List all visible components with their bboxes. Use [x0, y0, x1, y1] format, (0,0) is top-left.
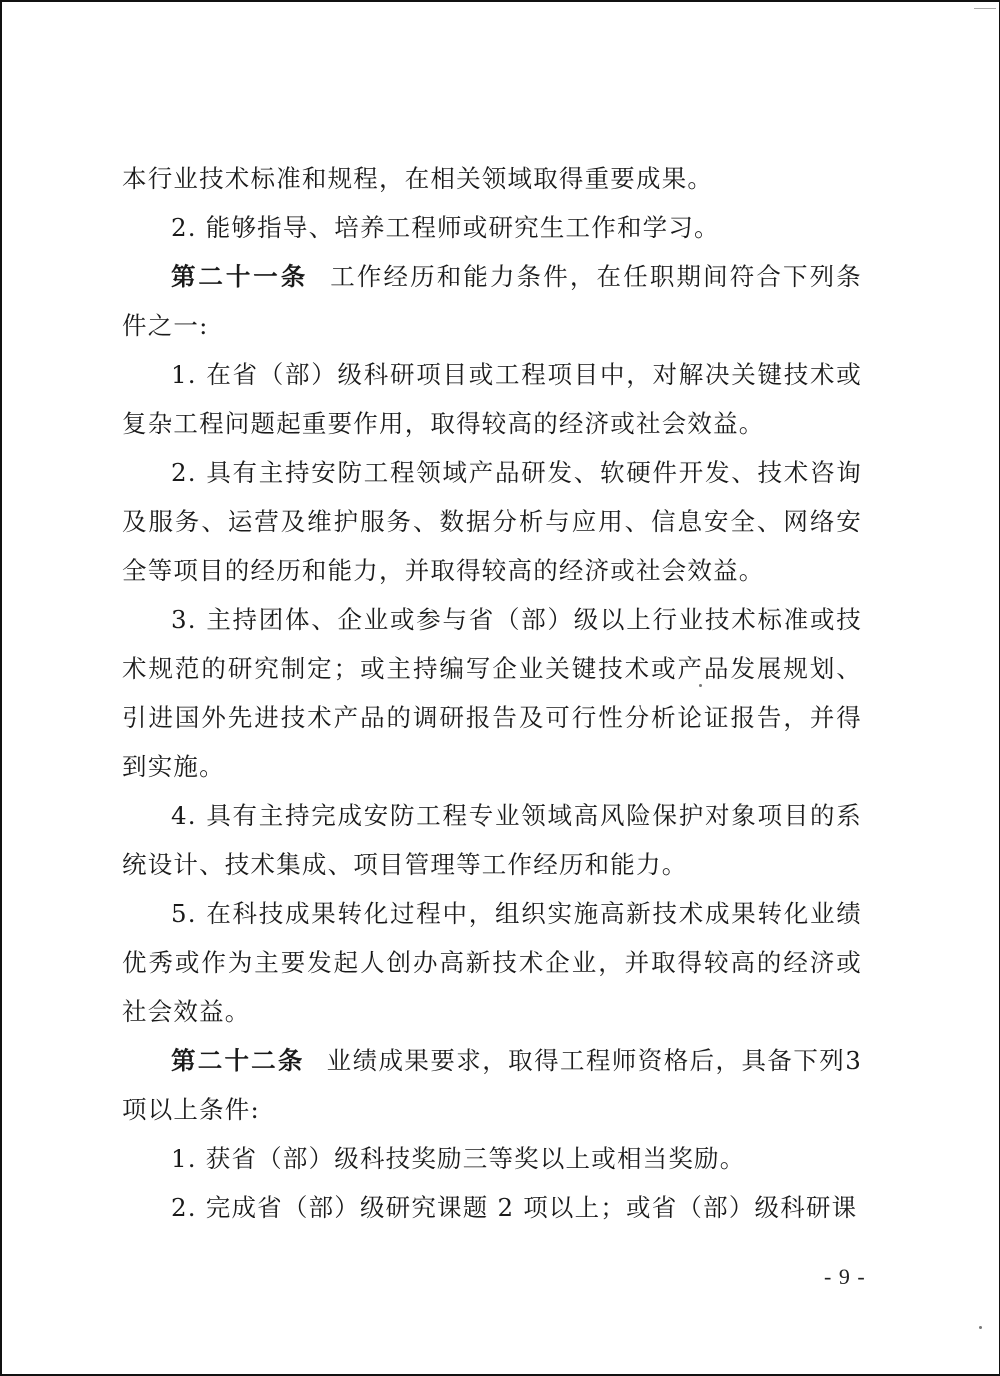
- paragraph-item: 5. 在科技成果转化过程中，组织实施高新技术成果转化业绩优秀或作为主要发起人创办…: [122, 889, 862, 1036]
- paragraph-text: 4. 具有主持完成安防工程专业领域高风险保护对象项目的系统设计、技术集成、项目管…: [122, 801, 862, 879]
- document-body: 本行业技术标准和规程，在相关领域取得重要成果。 2. 能够指导、培养工程师或研究…: [122, 154, 862, 1232]
- paragraph-continuation: 本行业技术标准和规程，在相关领域取得重要成果。: [122, 154, 862, 203]
- document-page: 本行业技术标准和规程，在相关领域取得重要成果。 2. 能够指导、培养工程师或研究…: [0, 0, 1000, 1376]
- article-heading: 第二十二条: [171, 1046, 305, 1075]
- scan-speck: [979, 1326, 982, 1329]
- paragraph-text: 5. 在科技成果转化过程中，组织实施高新技术成果转化业绩优秀或作为主要发起人创办…: [122, 899, 862, 1026]
- paragraph-text: 2. 能够指导、培养工程师或研究生工作和学习。: [171, 213, 720, 242]
- scan-speck: [699, 684, 702, 687]
- paragraph-item: 1. 在省（部）级科研项目或工程项目中，对解决关键技术或复杂工程问题起重要作用，…: [122, 350, 862, 448]
- article-21: 第二十一条工作经历和能力条件，在任职期间符合下列条件之一:: [122, 252, 862, 350]
- paragraph-text: 2. 具有主持安防工程领域产品研发、软硬件开发、技术咨询及服务、运营及维护服务、…: [122, 458, 862, 585]
- paragraph-text: 1. 在省（部）级科研项目或工程项目中，对解决关键技术或复杂工程问题起重要作用，…: [122, 360, 862, 438]
- article-heading: 第二十一条: [171, 262, 308, 291]
- article-22: 第二十二条业绩成果要求，取得工程师资格后，具备下列3项以上条件:: [122, 1036, 862, 1134]
- paragraph-item: 3. 主持团体、企业或参与省（部）级以上行业技术标准或技术规范的研究制定；或主持…: [122, 595, 862, 791]
- paragraph-text: 2. 完成省（部）级研究课题 2 项以上；或省（部）级科研课: [171, 1193, 857, 1222]
- paragraph-item: 2. 具有主持安防工程领域产品研发、软硬件开发、技术咨询及服务、运营及维护服务、…: [122, 448, 862, 595]
- scan-mark: [974, 8, 996, 9]
- paragraph-text: 3. 主持团体、企业或参与省（部）级以上行业技术标准或技术规范的研究制定；或主持…: [122, 605, 862, 781]
- paragraph-item: 2. 完成省（部）级研究课题 2 项以上；或省（部）级科研课: [122, 1183, 862, 1232]
- paragraph-item: 4. 具有主持完成安防工程专业领域高风险保护对象项目的系统设计、技术集成、项目管…: [122, 791, 862, 889]
- paragraph-text: 本行业技术标准和规程，在相关领域取得重要成果。: [122, 164, 713, 193]
- paragraph-item: 1. 获省（部）级科技奖励三等奖以上或相当奖励。: [122, 1134, 862, 1183]
- paragraph-item: 2. 能够指导、培养工程师或研究生工作和学习。: [122, 203, 862, 252]
- paragraph-text: 1. 获省（部）级科技奖励三等奖以上或相当奖励。: [171, 1144, 745, 1173]
- page-number: - 9 -: [824, 1264, 866, 1290]
